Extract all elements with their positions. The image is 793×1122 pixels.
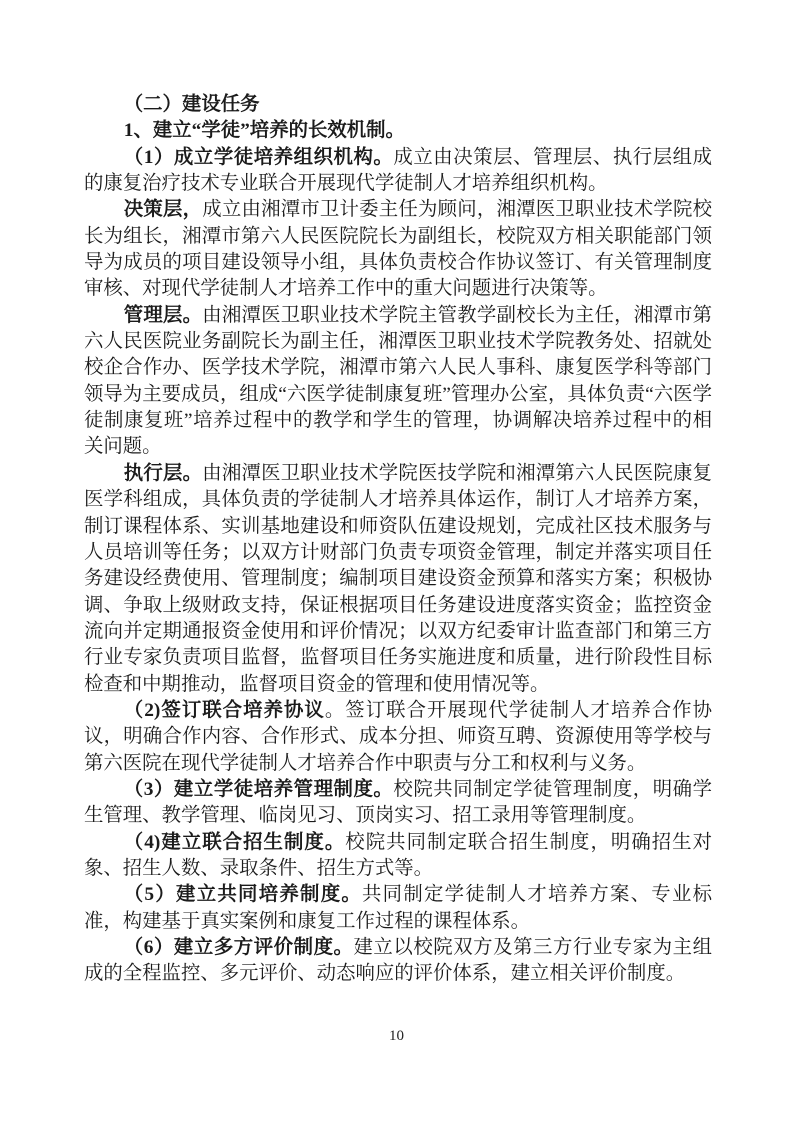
paragraph-lead: 1、建立“学徒”培养的长效机制。 — [124, 120, 405, 141]
paragraph: （二）建设任务 — [84, 92, 712, 118]
paragraph-lead: （2)签订联合培养协议 — [124, 700, 325, 721]
paragraph-lead: 执行层。 — [124, 463, 202, 484]
paragraph: （3）建立学徒培养管理制度。校院共同制定学徒管理制度，明确学生管理、教学管理、临… — [84, 777, 712, 830]
paragraph-lead: 决策层， — [124, 199, 202, 220]
document-body: （二）建设任务1、建立“学徒”培养的长效机制。（1）成立学徒培养组织机构。成立由… — [84, 92, 712, 988]
paragraph-lead: （5）建立共同培养制度。 — [124, 884, 362, 905]
paragraph-lead: （1）成立学徒培养组织机构。 — [124, 147, 394, 168]
paragraph-lead: （6）建立多方评价制度。 — [124, 937, 354, 958]
paragraph: （2)签订联合培养协议。签订联合开展现代学徒制人才培养合作协议，明确合作内容、合… — [84, 698, 712, 777]
paragraph-lead: 管理层。 — [124, 305, 202, 326]
paragraph: 管理层。由湘潭医卫职业技术学院主管教学副校长为主任，湘潭市第六人民医院业务副院长… — [84, 303, 712, 461]
paragraph: （6）建立多方评价制度。建立以校院双方及第三方行业专家为主组成的全程监控、多元评… — [84, 935, 712, 988]
paragraph: （5）建立共同培养制度。共同制定学徒制人才培养方案、专业标准，构建基于真实案例和… — [84, 882, 712, 935]
paragraph: 1、建立“学徒”培养的长效机制。 — [84, 118, 712, 144]
paragraph-lead: （3）建立学徒培养管理制度。 — [124, 779, 394, 800]
paragraph-text: 由湘潭医卫职业技术学院主管教学副校长为主任，湘潭市第六人民医院业务副院长为副主任… — [84, 305, 712, 458]
paragraph-text: 由湘潭医卫职业技术学院医技学院和湘潭第六人民医院康复医学科组成，具体负责的学徒制… — [84, 463, 712, 695]
paragraph: （4)建立联合招生制度。校院共同制定联合招生制度，明确招生对象、招生人数、录取条… — [84, 830, 712, 883]
paragraph: （1）成立学徒培养组织机构。成立由决策层、管理层、执行层组成的康复治疗技术专业联… — [84, 145, 712, 198]
paragraph-lead: （4)建立联合招生制度。 — [124, 832, 346, 853]
paragraph-lead: （二）建设任务 — [124, 94, 260, 115]
paragraph: 决策层，成立由湘潭市卫计委主任为顾问，湘潭医卫职业技术学院校长为组长，湘潭市第六… — [84, 197, 712, 302]
paragraph: 执行层。由湘潭医卫职业技术学院医技学院和湘潭第六人民医院康复医学科组成，具体负责… — [84, 461, 712, 698]
document-page: （二）建设任务1、建立“学徒”培养的长效机制。（1）成立学徒培养组织机构。成立由… — [0, 0, 793, 1122]
page-number: 10 — [0, 1026, 793, 1046]
